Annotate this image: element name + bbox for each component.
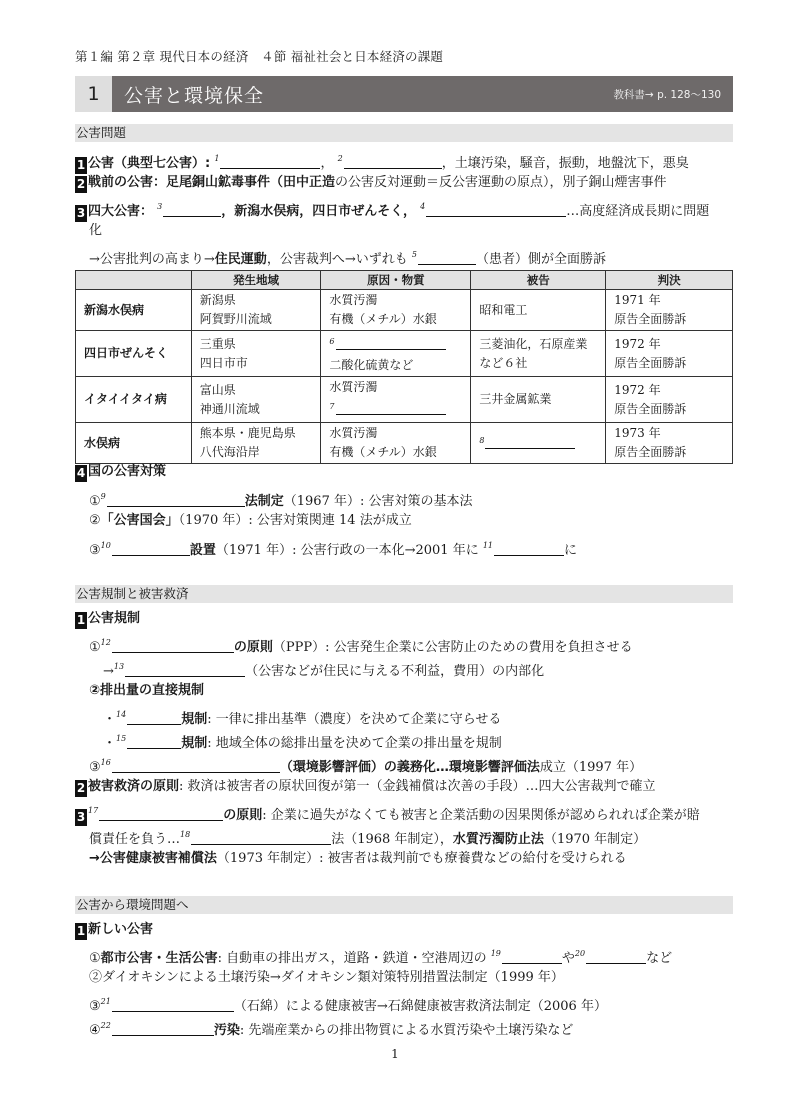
item-new-pollution: 1新しい公害 [75,921,153,940]
blank-7[interactable] [336,403,446,415]
blank-17[interactable] [99,807,223,821]
strict-liability-cont: 償責任を負う…18法（1968 年制定），水質汚濁防止法（1970 年制定） [89,826,646,849]
item-four-major-wrap: 化 [89,222,102,240]
blank-2[interactable] [344,155,442,169]
table-row: 水俣病 熊本県・鹿児島県八代海沿岸 水質汚濁有機（メチル）水銀 8 1973 年… [76,423,733,464]
regulation-total: ・15規制: 地域全体の総排出量を決めて企業の排出量を規制 [103,730,502,753]
item-residents-movement: →公害批判の高まり→住民運動，公害裁判へ→いずれも 5（患者）側が全面勝訴 [89,246,606,269]
page-number: 1 [0,1047,790,1061]
new-pollution-dioxin: ②ダイオキシンによる土壌汚染→ダイオキシン類対策特別措置法制定（1999 年） [89,969,564,987]
item-strict-liability: 317の原則: 企業に過失がなくても被害と企業活動の因果関係が認められれば企業が… [75,802,700,826]
compensation-law: →公害健康被害補償法（1973 年制定）: 被害者は裁判前でも療養費などの給付を… [89,850,627,868]
chapter-title-bar: 公害と環境保全 教科書→ p. 128～130 [112,76,733,112]
measure-c: ③10設置（1971 年）: 公害行政の一本化→2001 年に 11に [89,537,577,560]
table-header-row: 発生地域 原因・物質 被告 判決 [76,271,733,290]
item-prewar-pollution: 2戦前の公害：足尾銅山鉱毒事件（田中正造の公害反対運動＝反公害運動の原点），別子… [75,174,667,193]
four-major-pollution-table: 発生地域 原因・物質 被告 判決 新潟水俣病 新潟県阿賀野川流域 水質汚濁有機（… [75,270,733,464]
blank-19[interactable] [502,950,562,964]
item-four-major-pollution: 3四大公害： 3，新潟水俣病，四日市ぜんそく， 4…高度経済成長期に問題 [75,198,709,222]
blank-10[interactable] [112,542,190,556]
blank-16[interactable] [112,759,280,773]
col-verdict: 判決 [606,271,733,290]
blank-18[interactable] [191,831,331,845]
table-row: イタイイタイ病 富山県神通川流域 水質汚濁7 三井金属鉱業 1972 年原告全面… [76,377,733,423]
new-pollution-hightech: ④22汚染: 先端産業からの排出物質による水質汚染や土壌汚染など [89,1017,573,1040]
table-row: 四日市ぜんそく 三重県四日市市 6二酸化硫黄など 三菱油化，石原産業など６社 1… [76,331,733,377]
chapter-number: 1 [75,76,112,112]
blank-9[interactable] [107,493,245,507]
new-pollution-asbestos: ③21（石綿）による健康被害→石綿健康被害救済法制定（2006 年） [89,993,607,1016]
breadcrumb: 第１編 第２章 現代日本の経済 ４節 福祉社会と日本経済の課題 [75,47,443,65]
blank-6[interactable] [336,338,446,350]
item-regulation: 1公害規制 [75,610,140,629]
blank-14[interactable] [127,711,181,725]
new-pollution-urban: ①都市公害・生活公害: 自動車の排出ガス，道路・鉄道・空港周辺の 19や20など [89,945,672,968]
blank-4[interactable] [426,203,566,217]
regulation-ppp: ①12の原則（PPP）: 公害発生企業に公害防止のための費用を負担させる [89,634,633,657]
blank-1[interactable] [220,155,320,169]
regulation-direct: ②排出量の直接規制 [89,682,204,700]
col-cause: 原因・物質 [321,271,471,290]
blank-22[interactable] [112,1022,214,1036]
section-title-environmental-issues: 公害から環境問題へ [75,896,733,914]
col-defendant: 被告 [471,271,606,290]
regulation-assessment: ③16（環境影響評価）の義務化…環境影響評価法成立（1997 年） [89,754,642,777]
regulation-concentration: ・14規制: 一律に排出基準（濃度）を決めて企業に守らせる [103,706,501,729]
blank-21[interactable] [112,998,234,1012]
blank-20[interactable] [586,950,646,964]
blank-8[interactable] [485,437,575,449]
chapter-title: 公害と環境保全 [124,81,264,108]
item-relief-principle: 2被害救済の原則: 救済は被害者の原状回復が第一（金銭補償は次善の手段）…四大公… [75,778,656,797]
section-title-regulation-relief: 公害規制と被害救済 [75,585,733,603]
section-title-pollution-problems: 公害問題 [75,124,733,142]
blank-13[interactable] [125,663,245,677]
item-number: 1 [75,157,87,174]
table-row: 新潟水俣病 新潟県阿賀野川流域 水質汚濁有機（メチル）水銀 昭和電工 1971 … [76,290,733,331]
blank-3[interactable] [163,203,221,217]
blank-12[interactable] [112,639,234,653]
regulation-internalization: →13（公害などが住民に与える不利益，費用）の内部化 [103,658,544,681]
blank-5[interactable] [418,251,476,265]
blank-11[interactable] [494,542,564,556]
measure-a: ①9法制定（1967 年）: 公害対策の基本法 [89,488,473,511]
col-region: 発生地域 [191,271,321,290]
item-national-measures: 4国の公害対策 [75,463,166,482]
textbook-reference: 教科書→ p. 128～130 [613,87,721,102]
measure-b: ②「公害国会」（1970 年）: 公害対策関連 14 法が成立 [89,512,412,530]
item-pollution-types: 1公害（典型七公害）: 1， 2，土壌汚染，騒音，振動，地盤沈下，悪臭 [75,150,689,174]
chapter-header: 1 公害と環境保全 教科書→ p. 128～130 [75,76,733,112]
blank-15[interactable] [127,735,181,749]
